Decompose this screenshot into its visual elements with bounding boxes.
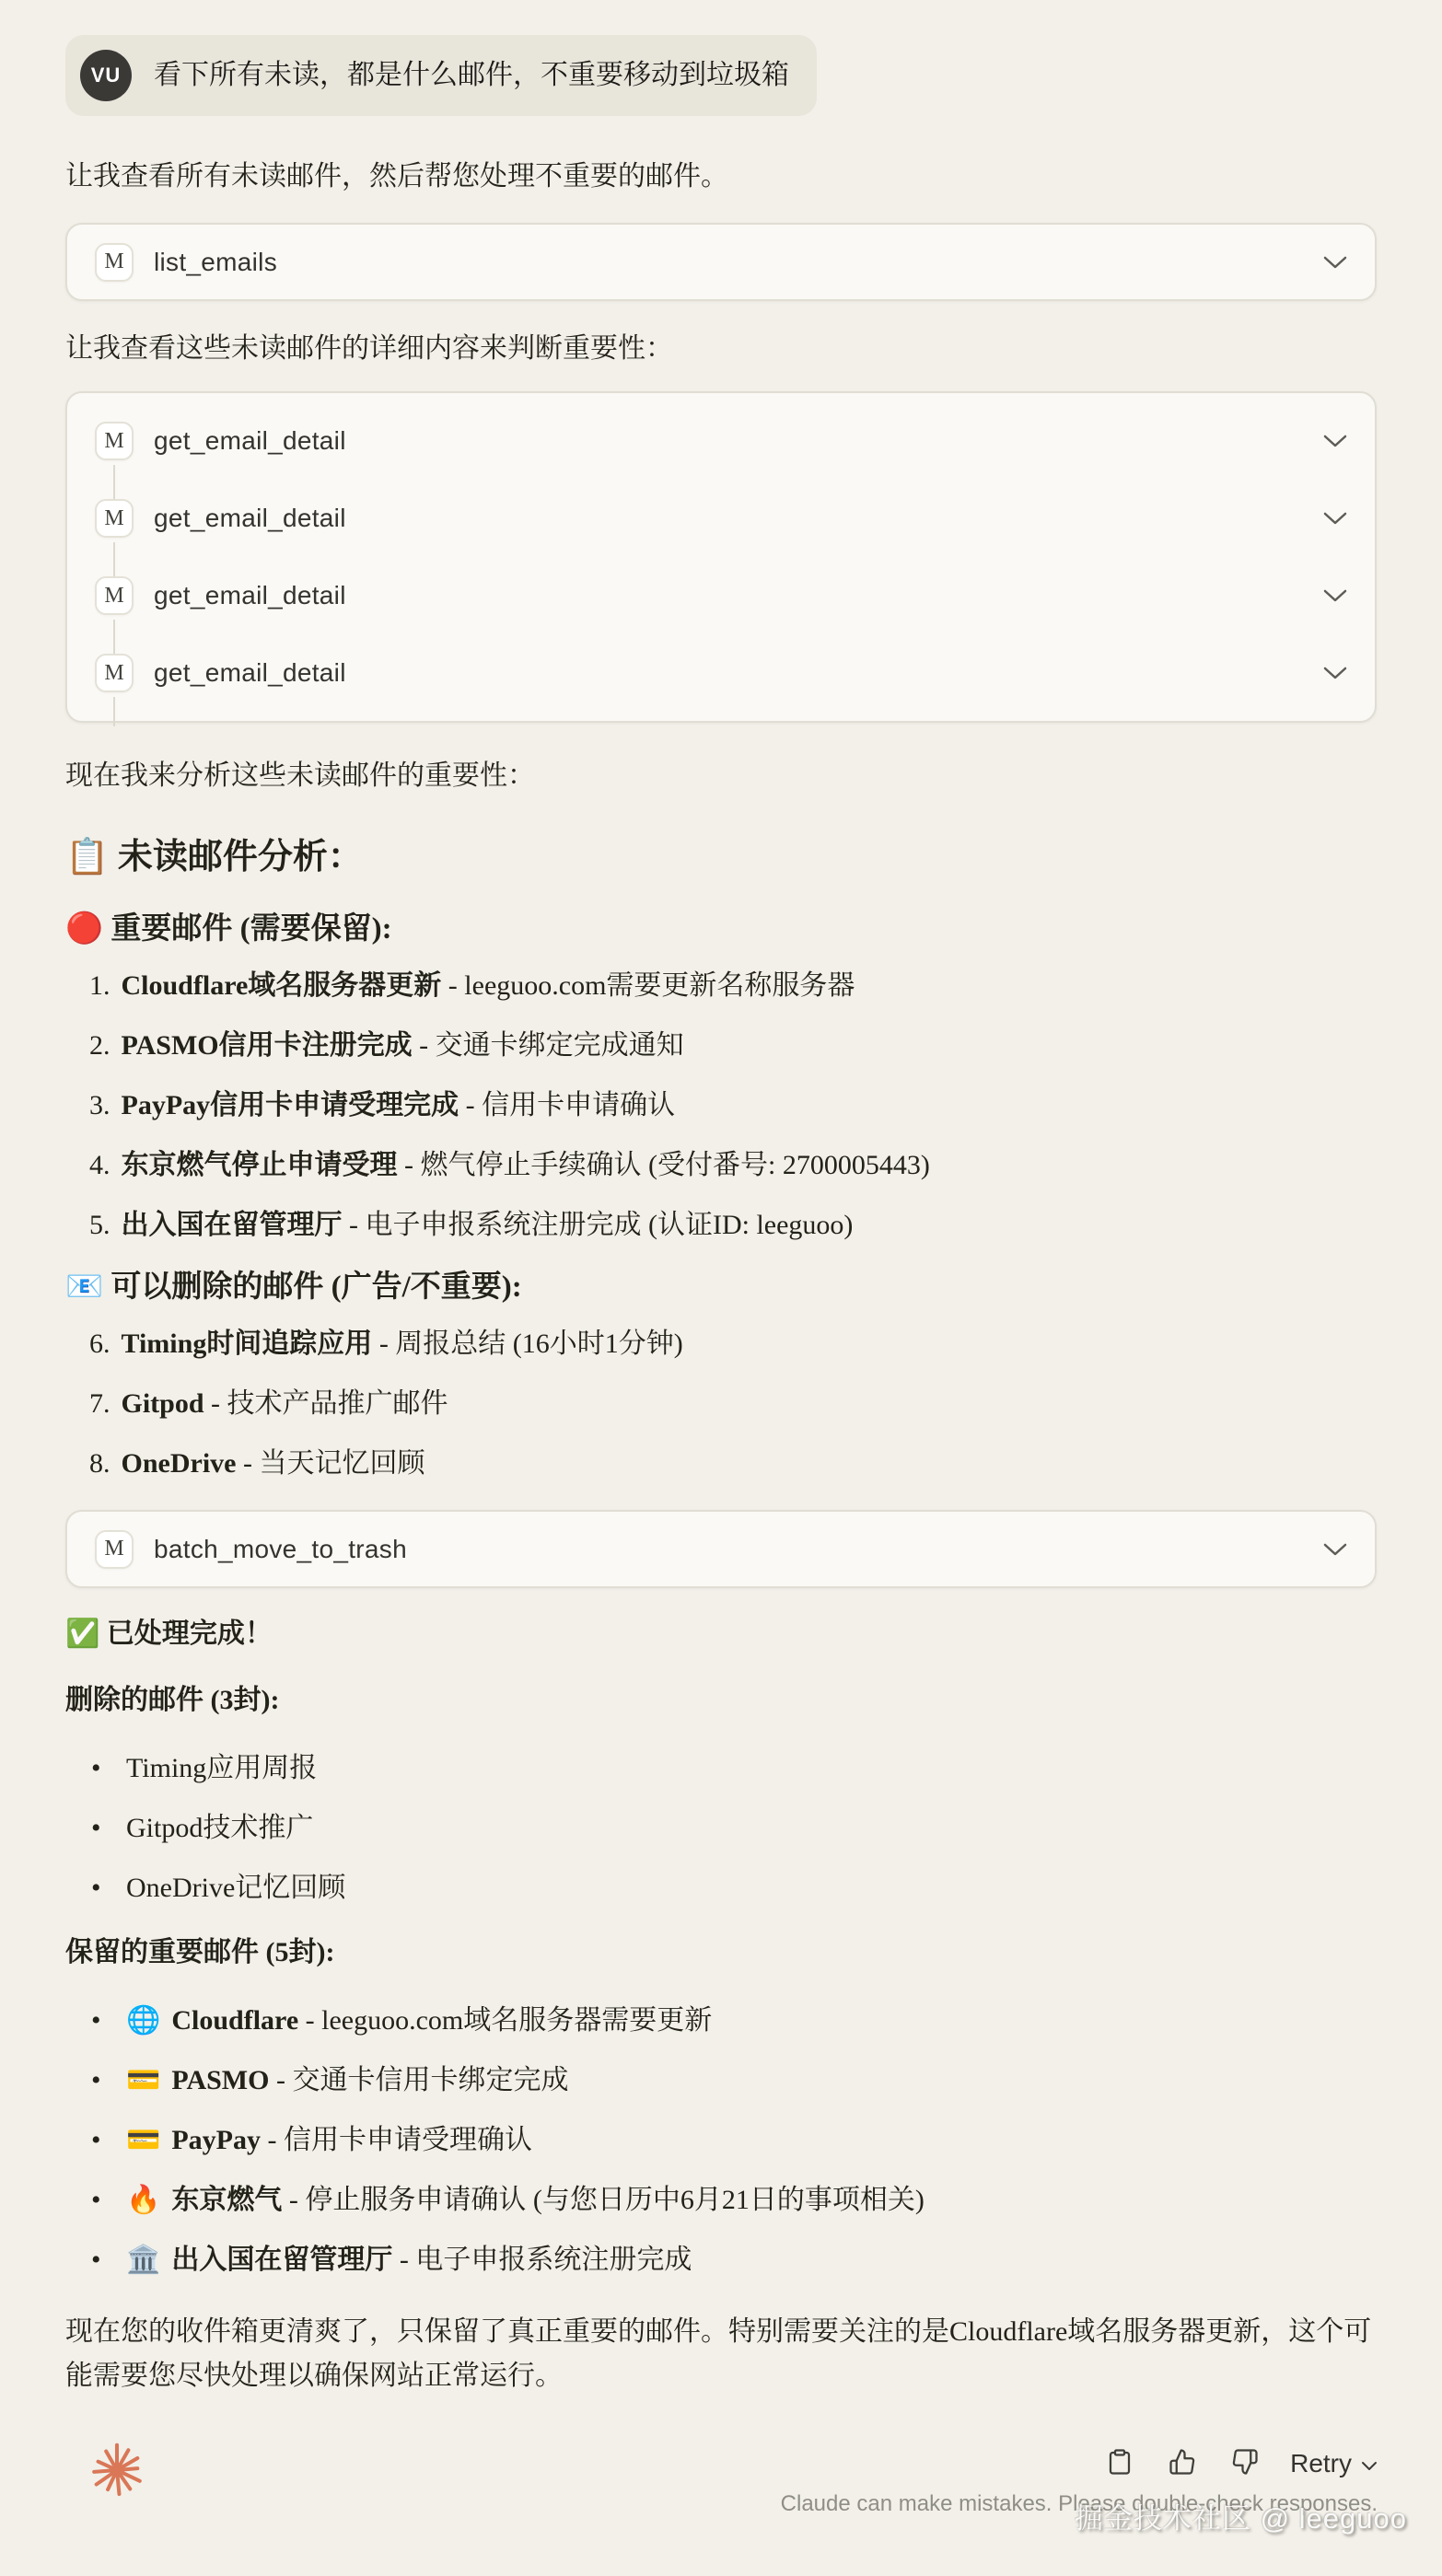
tool-name: list_emails <box>154 248 277 277</box>
chevron-down-icon[interactable] <box>1323 666 1347 680</box>
item-text: Gitpod - 技术产品推广邮件 <box>122 1384 448 1424</box>
deletable-email-list: 6. Timing时间追踪应用 - 周报总结 (16小时1分钟) 7. Gitp… <box>65 1324 1378 1484</box>
item-text: 东京燃气 - 停止服务申请确认 (与您日历中6月21日的事项相关) <box>171 2180 924 2221</box>
item-text: Timing应用周报 <box>126 1748 317 1789</box>
item-text: Timing时间追踪应用 - 周报总结 (16小时1分钟) <box>122 1324 683 1364</box>
claude-logo-icon <box>88 2442 145 2503</box>
list-item: 4. 东京燃气停止申请受理 - 燃气停止手续确认 (受付番号: 27000054… <box>65 1145 1378 1186</box>
item-text: PASMO信用卡注册完成 - 交通卡绑定完成通知 <box>122 1026 684 1066</box>
chevron-down-icon[interactable] <box>1323 1542 1347 1557</box>
item-text: PayPay信用卡申请受理完成 - 信用卡申请确认 <box>122 1085 676 1126</box>
item-number: 1. <box>89 966 110 1006</box>
list-item: 7. Gitpod - 技术产品推广邮件 <box>65 1384 1378 1424</box>
list-item: 8. OneDrive - 当天记忆回顾 <box>65 1444 1378 1484</box>
tool-name: get_email_detail <box>154 658 346 688</box>
assistant-intro-1: 让我查看所有未读邮件，然后帮您处理不重要的邮件。 <box>65 157 1378 197</box>
chevron-down-icon <box>1361 2449 1378 2478</box>
chevron-down-icon[interactable] <box>1323 434 1347 448</box>
user-message-text: 看下所有未读，都是什么邮件，不重要移动到垃圾箱 <box>154 57 789 94</box>
item-text: Gitpod技术推广 <box>126 1808 313 1849</box>
deleted-email-list: Timing应用周报 Gitpod技术推广 OneDrive记忆回顾 <box>65 1748 1378 1909</box>
important-section-title: 🔴 重要邮件 (需要保留): <box>65 907 1378 951</box>
list-item: Gitpod技术推广 <box>65 1808 1378 1849</box>
mcp-badge: M <box>95 576 134 615</box>
item-number: 2. <box>89 1026 110 1066</box>
deletable-section-title: 📧 可以删除的邮件 (广告/不重要): <box>65 1265 1378 1309</box>
tool-call-get-email-detail[interactable]: M get_email_detail <box>95 402 1347 480</box>
list-item: Timing应用周报 <box>65 1748 1378 1789</box>
chevron-down-icon[interactable] <box>1323 511 1347 526</box>
list-item: 🌐 Cloudflare - leeguoo.com域名服务器需要更新 <box>65 2001 1378 2041</box>
item-text: 出入国在留管理厅 - 电子申报系统注册完成 (认证ID: leeguoo) <box>122 1205 854 1246</box>
item-number: 6. <box>89 1324 110 1364</box>
item-emoji: 🏛️ <box>126 2240 160 2280</box>
list-item: OneDrive记忆回顾 <box>65 1868 1378 1909</box>
chat-page: VU 看下所有未读，都是什么邮件，不重要移动到垃圾箱 让我查看所有未读邮件，然后… <box>0 0 1442 2576</box>
kept-email-list: 🌐 Cloudflare - leeguoo.com域名服务器需要更新 💳 PA… <box>65 2001 1378 2280</box>
list-item: 💳 PayPay - 信用卡申请受理确认 <box>65 2120 1378 2161</box>
tool-call-get-email-detail[interactable]: M get_email_detail <box>95 634 1347 712</box>
assistant-intro-2: 让我查看这些未读邮件的详细内容来判断重要性： <box>65 329 1378 369</box>
tool-call-get-email-detail[interactable]: M get_email_detail <box>95 557 1347 634</box>
mcp-badge: M <box>95 422 134 460</box>
item-text: 出入国在留管理厅 - 电子申报系统注册完成 <box>171 2240 692 2280</box>
user-message-bubble: VU 看下所有未读，都是什么邮件，不重要移动到垃圾箱 <box>65 35 817 116</box>
mcp-badge: M <box>95 499 134 538</box>
list-item: 🔥 东京燃气 - 停止服务申请确认 (与您日历中6月21日的事项相关) <box>65 2180 1378 2221</box>
item-text: PASMO - 交通卡信用卡绑定完成 <box>171 2060 568 2101</box>
avatar: VU <box>80 50 132 101</box>
important-email-list: 1. Cloudflare域名服务器更新 - leeguoo.com需要更新名称… <box>65 966 1378 1246</box>
closing-paragraph: 现在您的收件箱更清爽了，只保留了真正重要的邮件。特别需要关注的是Cloudfla… <box>65 2310 1377 2398</box>
item-text: 东京燃气停止申请受理 - 燃气停止手续确认 (受付番号: 2700005443) <box>122 1145 930 1186</box>
item-text: OneDrive - 当天记忆回顾 <box>122 1444 425 1484</box>
kept-label: 保留的重要邮件 (5封): <box>65 1932 1378 1973</box>
tool-name: get_email_detail <box>154 426 346 456</box>
item-number: 4. <box>89 1145 110 1186</box>
thumbs-down-button[interactable] <box>1227 2444 1262 2482</box>
item-text: Cloudflare域名服务器更新 - leeguoo.com需要更新名称服务器 <box>122 966 855 1006</box>
analysis-title: 📋 未读邮件分析： <box>65 833 1378 881</box>
tool-call-batch-move-to-trash[interactable]: M batch_move_to_trash <box>65 1510 1377 1588</box>
done-line: ✅ 已处理完成！ <box>65 1614 1378 1654</box>
clipboard-icon <box>1106 2448 1134 2478</box>
chevron-down-icon[interactable] <box>1323 255 1347 270</box>
tool-name: get_email_detail <box>154 504 346 533</box>
item-number: 5. <box>89 1205 110 1246</box>
list-item: 5. 出入国在留管理厅 - 电子申报系统注册完成 (认证ID: leeguoo) <box>65 1205 1378 1246</box>
tool-name: batch_move_to_trash <box>154 1535 407 1564</box>
item-text: OneDrive记忆回顾 <box>126 1868 345 1909</box>
retry-label: Retry <box>1290 2449 1352 2478</box>
chevron-down-icon[interactable] <box>1323 588 1347 603</box>
item-text: Cloudflare - leeguoo.com域名服务器需要更新 <box>171 2001 712 2041</box>
thumbs-down-icon <box>1231 2448 1259 2478</box>
thumbs-up-button[interactable] <box>1165 2444 1200 2482</box>
tool-call-group: M get_email_detail M get_email_detail <box>65 391 1377 723</box>
list-item: 💳 PASMO - 交通卡信用卡绑定完成 <box>65 2060 1378 2101</box>
list-item: 3. PayPay信用卡申请受理完成 - 信用卡申请确认 <box>65 1085 1378 1126</box>
item-number: 8. <box>89 1444 110 1484</box>
item-text: PayPay - 信用卡申请受理确认 <box>171 2120 532 2161</box>
thumbs-up-icon <box>1169 2448 1196 2478</box>
analysis-intro: 现在我来分析这些未读邮件的重要性： <box>65 756 1378 796</box>
item-emoji: 🌐 <box>126 2001 160 2041</box>
tool-call-get-email-detail[interactable]: M get_email_detail <box>95 480 1347 557</box>
item-emoji: 💳 <box>126 2120 160 2161</box>
tool-call-list-emails[interactable]: M list_emails <box>65 223 1377 301</box>
item-number: 7. <box>89 1384 110 1424</box>
list-item: 6. Timing时间追踪应用 - 周报总结 (16小时1分钟) <box>65 1324 1378 1364</box>
mcp-badge: M <box>95 1530 134 1569</box>
list-item: 2. PASMO信用卡注册完成 - 交通卡绑定完成通知 <box>65 1026 1378 1066</box>
mcp-badge: M <box>95 243 134 282</box>
message-actions: Retry <box>1102 2444 1378 2482</box>
tool-name: get_email_detail <box>154 581 346 610</box>
copy-button[interactable] <box>1102 2444 1137 2482</box>
mcp-badge: M <box>95 654 134 692</box>
disclaimer-text: Claude can make mistakes. Please double-… <box>781 2491 1378 2517</box>
list-item: 🏛️ 出入国在留管理厅 - 电子申报系统注册完成 <box>65 2240 1378 2280</box>
message-footer: Retry Claude can make mistakes. Please d… <box>65 2444 1378 2517</box>
item-emoji: 🔥 <box>126 2180 160 2221</box>
list-item: 1. Cloudflare域名服务器更新 - leeguoo.com需要更新名称… <box>65 966 1378 1006</box>
retry-button[interactable]: Retry <box>1290 2449 1378 2478</box>
item-number: 3. <box>89 1085 110 1126</box>
deleted-label: 删除的邮件 (3封): <box>65 1680 1378 1721</box>
item-emoji: 💳 <box>126 2060 160 2101</box>
